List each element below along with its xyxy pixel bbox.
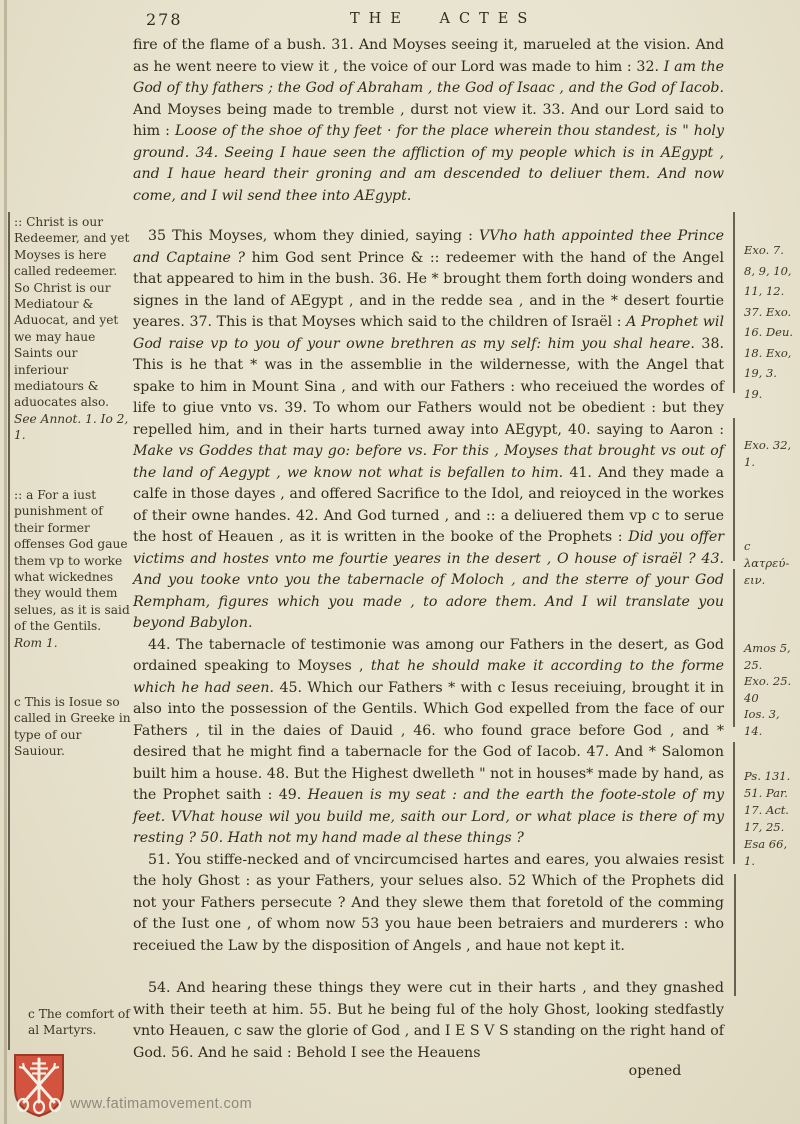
margin-ref-line: 1. [744, 853, 798, 870]
left-margin-rule [8, 212, 10, 1050]
italic-text: See Annot. 1. Io 2, 1. [14, 412, 128, 442]
watermark-url: www.fatimamovement.com [70, 1096, 252, 1112]
watermark: www.fatimamovement.com [12, 1052, 432, 1122]
margin-ref-line: c λατρεύ- [744, 538, 798, 572]
margin-ref-line: 25. [744, 657, 798, 674]
catchword: opened [590, 1063, 720, 1079]
left-margin-note: :: Christ is our Redeemer, and yet Moyse… [14, 214, 133, 444]
right-margin-reference: c λατρεύ-ειν. [744, 538, 798, 589]
page-edge-shadow [4, 0, 7, 1124]
margin-ref-line: 17, 25. [744, 819, 798, 836]
right-margin-rule [733, 742, 735, 864]
left-margin-note: c The comfort of al Martyrs. [28, 1006, 136, 1039]
margin-ref-line: 19, 3. [744, 363, 798, 384]
margin-ref-line: 40 [744, 690, 798, 707]
right-margin-rule [733, 212, 735, 393]
right-margin-rule [734, 874, 736, 996]
italic-text: Rom 1. [14, 636, 58, 650]
margin-ref-line: 1. [744, 454, 798, 471]
roman-text: 35 This Moyses, whom they dinied, saying… [148, 228, 479, 244]
page-title: THE ACTES [350, 11, 536, 27]
right-margin-reference: Amos 5,25.Exo. 25.40Ios. 3,14. [744, 640, 798, 739]
margin-ref-line: Exo. 7. [744, 240, 798, 261]
margin-ref-line: 11, 12. [744, 281, 798, 302]
left-margin-note: c This is Iosue so called in Greeke in t… [14, 694, 133, 760]
margin-ref-line: 17. Act. [744, 802, 798, 819]
left-margin-note: :: a For a iust punishment of their form… [14, 487, 133, 651]
roman-text: :: Christ is our Redeemer, and yet Moyse… [14, 215, 129, 409]
text-paragraph: 35 This Moyses, whom they dinied, saying… [133, 226, 724, 635]
margin-ref-line: Exo. 32, [744, 437, 798, 454]
margin-ref-line: 8, 9, 10, [744, 261, 798, 282]
right-margin-reference: Ps. 131.51. Par.17. Act.17, 25.Esa 66,1. [744, 768, 798, 870]
main-text: fire of the flame of a bush. 31. And Moy… [133, 35, 724, 1064]
text-paragraph: 51. You stiffe-necked and of vncircumcis… [133, 850, 724, 958]
roman-text: 45. Which our Fathers * with c Iesus rec… [133, 680, 724, 804]
roman-text: 51. You stiffe-necked and of vncircumcis… [133, 852, 724, 954]
margin-ref-line: Exo. 25. [744, 673, 798, 690]
margin-ref-line: 18. Exo, [744, 343, 798, 364]
roman-text: c The comfort of al Martyrs. [28, 1007, 130, 1037]
margin-ref-line: ειν. [744, 572, 798, 589]
right-margin-rule [733, 569, 735, 727]
scanned-book-page: 278 THE ACTES fire of the flame of a bus… [0, 0, 800, 1124]
crossed-keys-shield-icon [12, 1052, 66, 1118]
margin-ref-line: 16. Deu. [744, 322, 798, 343]
right-margin-rule [733, 418, 735, 561]
margin-ref-line: Amos 5, [744, 640, 798, 657]
roman-text: :: a For a iust punishment of their form… [14, 488, 130, 633]
margin-ref-line: 51. Par. [744, 785, 798, 802]
italic-text: Loose of the shoe of thy feet · for the … [133, 123, 724, 204]
roman-text: fire of the flame of a bush. 31. And Moy… [133, 37, 724, 75]
right-margin-reference: Exo. 7.8, 9, 10,11, 12.37. Exo.16. Deu.1… [744, 240, 798, 404]
margin-ref-line: 14. [744, 723, 798, 740]
margin-ref-line: Ps. 131. [744, 768, 798, 785]
text-paragraph: fire of the flame of a bush. 31. And Moy… [133, 35, 724, 207]
margin-ref-line: Ios. 3, [744, 706, 798, 723]
margin-ref-line: 37. Exo. [744, 302, 798, 323]
margin-ref-line: Esa 66, [744, 836, 798, 853]
roman-text: c This is Iosue so called in Greeke in t… [14, 695, 131, 758]
roman-text: 54. And hearing these things they were c… [133, 980, 724, 1061]
page-number: 278 [146, 10, 183, 29]
margin-ref-line: 19. [744, 384, 798, 405]
text-paragraph: 44. The tabernacle of testimonie was amo… [133, 635, 724, 850]
right-margin-reference: Exo. 32,1. [744, 437, 798, 471]
